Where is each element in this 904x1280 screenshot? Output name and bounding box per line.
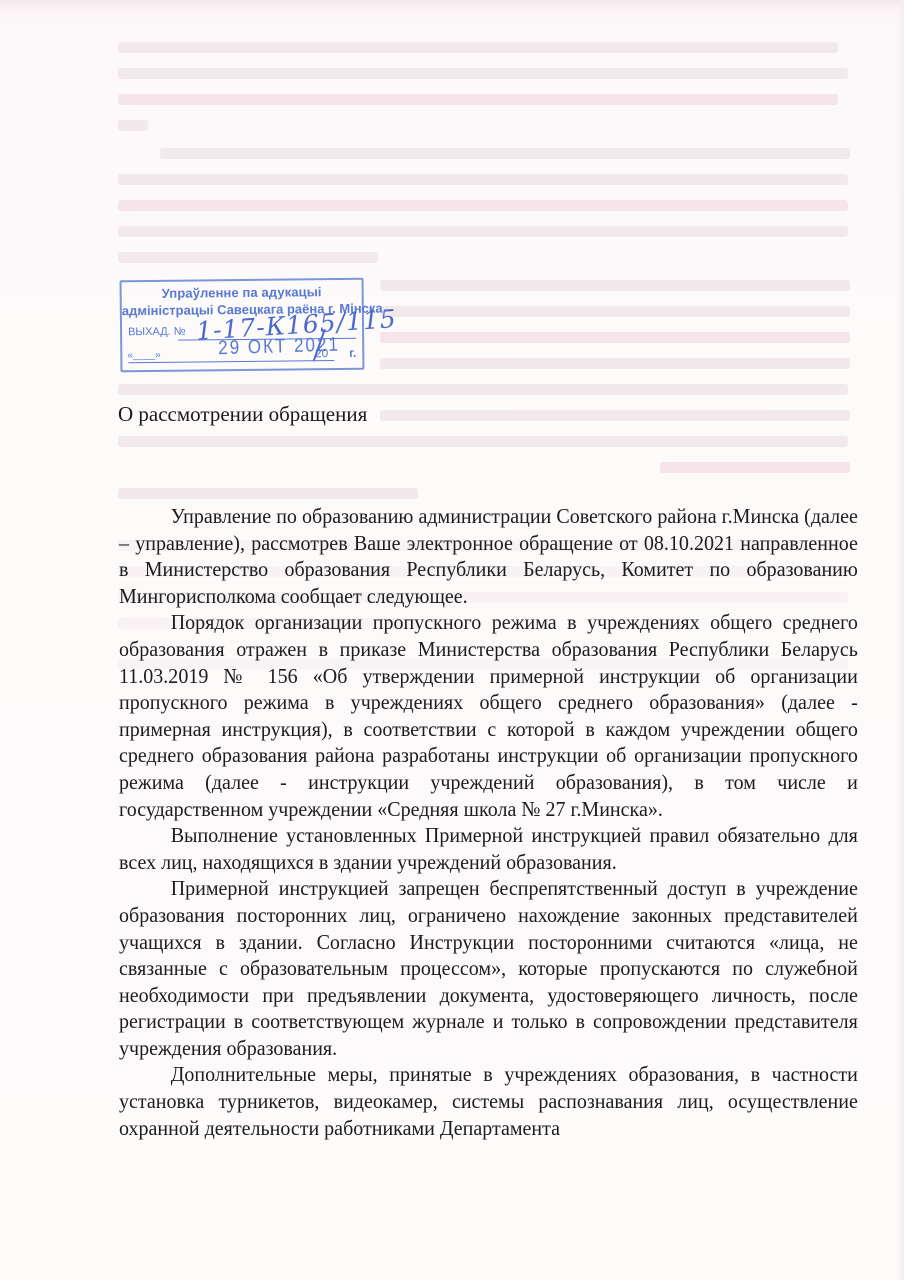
stamp-year-prefix: 20 — [315, 346, 329, 360]
paragraph-access-procedure: Порядок организации пропускного режима в… — [119, 609, 858, 822]
stamp-day-placeholder: «____» — [127, 350, 160, 361]
paragraph-mandatory-rules: Выполнение установленных Примерной инстр… — [119, 822, 858, 875]
paragraph-intro: Управление по образованию администрации … — [119, 503, 858, 609]
letter-body: Управление по образованию администрации … — [119, 503, 858, 1141]
document-page: Упраўленне па адукацыі адміністрацыі Сав… — [0, 0, 904, 1280]
registration-stamp: Упраўленне па адукацыі адміністрацыі Сав… — [120, 278, 365, 373]
page-right-edge — [896, 0, 904, 1280]
subject-line: О рассмотрении обращения — [118, 401, 367, 427]
paragraph-outsiders-access: Примерной инструкцией запрещен беспрепят… — [119, 875, 858, 1061]
stamp-year-suffix: г. — [349, 346, 356, 360]
stamp-department-line: Упраўленне па адукацыі — [122, 284, 362, 302]
stamp-outgoing-label: ВЫХАД. № — [128, 326, 186, 339]
paragraph-additional-measures: Дополнительные меры, принятые в учрежден… — [119, 1061, 858, 1141]
page-top-edge — [0, 0, 904, 10]
